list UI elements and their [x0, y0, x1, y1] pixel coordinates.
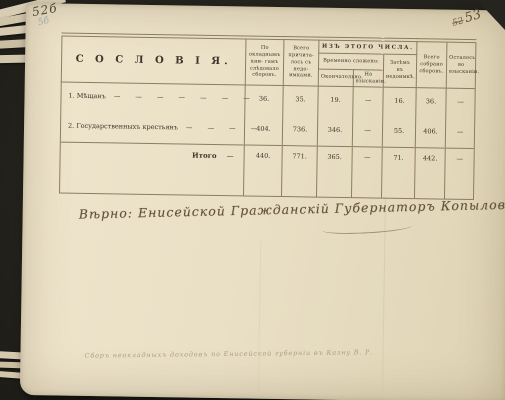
pencil-inscription: Сборъ неокладныхъ доходовъ по Енисейской…: [84, 348, 424, 360]
cell-value: —: [353, 86, 383, 114]
filler-dashes: — — — —: [186, 123, 258, 132]
table-header: С О С Л О В І Я. По окладнымъ кни- гамъ …: [61, 35, 476, 88]
folio-number-crossed: 52: [451, 16, 465, 29]
filler-dashes: — — — — — — —: [114, 93, 251, 103]
cell-value: —: [351, 146, 382, 197]
row-label: 2. Государственныхъ крестьянъ— — — —: [60, 110, 244, 145]
column-header-finally: Окончательно.: [318, 69, 353, 87]
cell-value: 406.: [415, 115, 445, 147]
cell-value: 365.: [316, 146, 352, 198]
cell-value: 736.: [282, 113, 317, 146]
handwritten-certification: Вѣрно: Енисейской Гражданскій Губернатор…: [79, 199, 429, 222]
cell-value: 346.: [317, 114, 352, 147]
statistics-table: С О С Л О В І Я. По окладнымъ кни- гамъ …: [59, 33, 475, 200]
column-group-of-this-number: ИЗЪ ЭТОГО ЧИСЛА.: [319, 39, 417, 55]
column-header-in-recovery: На взысканіи.: [353, 69, 383, 86]
column-header-remaining-arrears: Затѣмъ въ недоимкѣ.: [383, 54, 417, 88]
table-total-row: Итого— 440. 771. 365. — 71. 442. —: [60, 142, 475, 199]
cell-value: 19.: [318, 86, 353, 115]
cell-value: —: [352, 114, 382, 146]
column-header-total-collected: Всего собрано сборовъ.: [416, 40, 447, 87]
cell-value: 771.: [281, 145, 317, 197]
paper-crease: [258, 242, 261, 392]
cell-value: 71.: [381, 147, 415, 199]
cell-value: 440.: [244, 144, 283, 196]
scanned-archival-page: { "annotations": { "top_left_primary": "…: [0, 0, 505, 400]
signature-flourish: [322, 221, 412, 235]
column-header-left-to-collect: Осталось во взысканіи.: [446, 41, 476, 88]
cell-value: —: [444, 148, 474, 199]
cell-value: —: [446, 88, 475, 116]
column-header-total-due: Всего причита- лось съ недо- имками.: [283, 38, 319, 86]
cell-value: 442.: [414, 147, 445, 198]
row-label: 1. Мѣщанъ— — — — — — —: [61, 82, 245, 113]
column-group-temporarily-written-off: Временно сложено:: [319, 53, 384, 70]
cell-value: 55.: [382, 115, 415, 148]
filler-dash: —: [227, 152, 234, 160]
cell-value: 16.: [383, 87, 416, 116]
total-label: Итого—: [60, 142, 245, 196]
cell-value: 36.: [416, 87, 446, 115]
cell-value: —: [445, 116, 474, 148]
cell-value: 35.: [283, 85, 318, 114]
page-stack-edge: [0, 55, 26, 64]
column-header-estates: С О С Л О В І Я.: [61, 35, 246, 85]
document-page: С О С Л О В І Я. По окладнымъ кни- гамъ …: [20, 3, 505, 400]
column-header-per-souls: По окладнымъ кни- гамъ слѣдовало сборовъ…: [245, 37, 284, 85]
